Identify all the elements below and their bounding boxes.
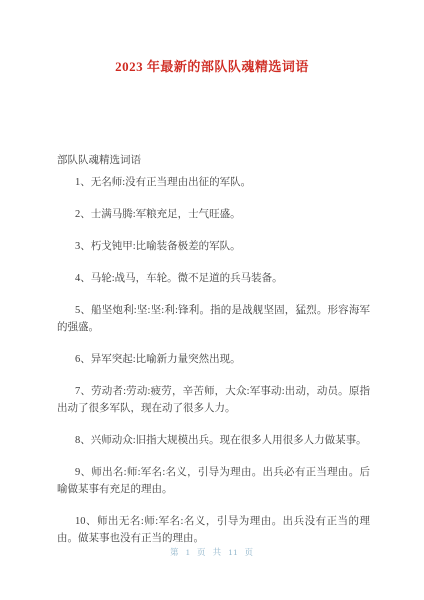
document-page: 2023 年最新的部队队魂精选词语 部队队魂精选词语 1、无名师:没有正当理由出…: [0, 0, 424, 600]
list-item: 7、劳动者:劳动:疲劳，辛苦师，大众:军事动:出动，动员。原指出动了很多军队，现…: [57, 383, 370, 417]
list-item: 3、朽戈钝甲:比喻装备极差的军队。: [57, 238, 370, 255]
list-item: 8、兴师动众:旧指大规模出兵。现在很多人用很多人力做某事。: [57, 432, 370, 449]
page-title: 2023 年最新的部队队魂精选词语: [20, 58, 404, 76]
page-number-indicator: 第 1 页 共 11 页: [0, 546, 424, 558]
document-body: 部队队魂精选词语 1、无名师:没有正当理由出征的军队。 2、士满马腾:军粮充足，…: [0, 152, 424, 547]
list-item: 9、师出名:师:军名:名义，引导为理由。出兵必有正当理由。后喻做某事有充足的理由…: [57, 464, 370, 498]
list-item: 4、马轮:战马，车轮。微不足道的兵马装备。: [57, 270, 370, 287]
list-item: 5、船坚炮利:坚:坚:利:锋利。指的是战舰坚固，猛烈。形容海军的强盛。: [57, 302, 370, 336]
section-heading: 部队队魂精选词语: [57, 152, 370, 169]
list-item: 6、异军突起:比喻新力量突然出现。: [57, 351, 370, 368]
list-item: 1、无名师:没有正当理由出征的军队。: [57, 174, 370, 191]
list-item: 10、师出无名:师:军名:名义，引导为理由。出兵没有正当的理由。做某事也没有正当…: [57, 513, 370, 547]
list-item: 2、士满马腾:军粮充足，士气旺盛。: [57, 206, 370, 223]
